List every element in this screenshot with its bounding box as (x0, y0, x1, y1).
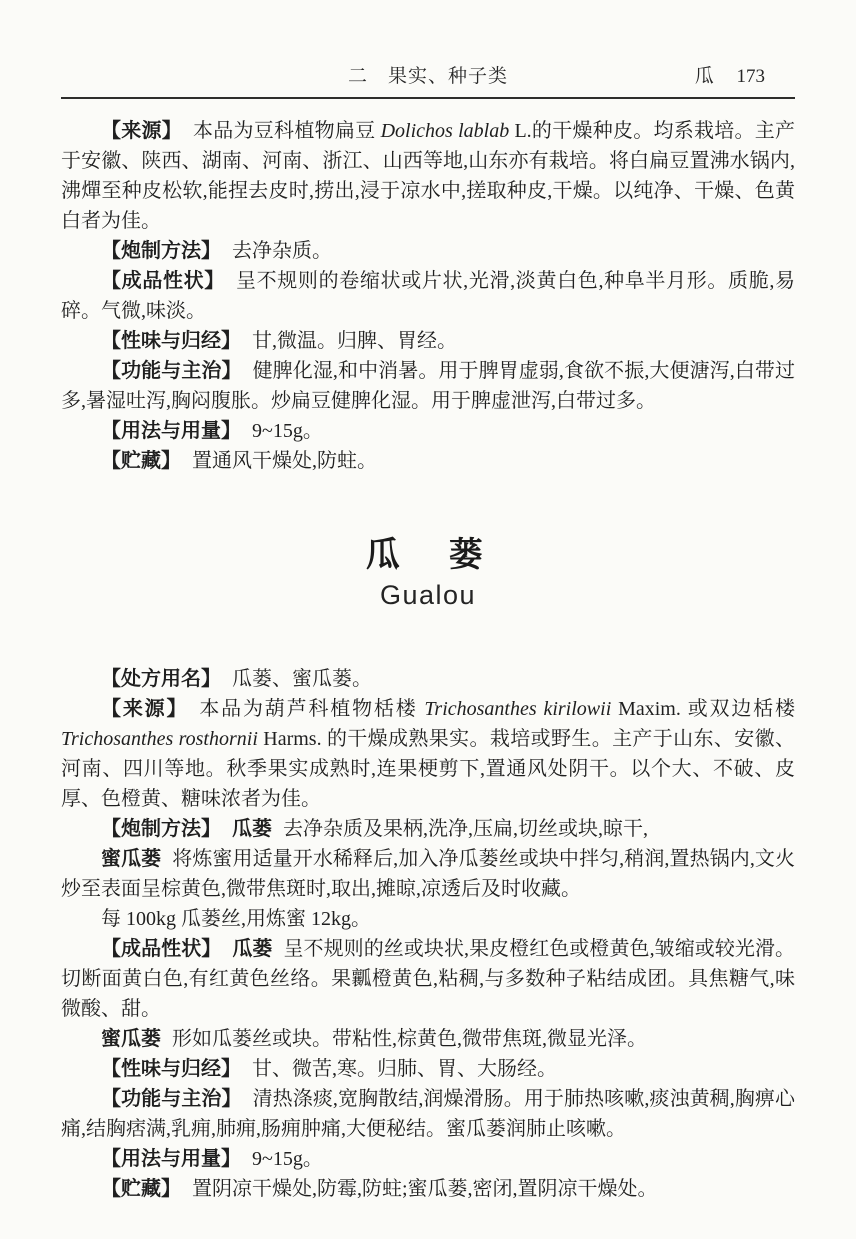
text-run: 本品为葫芦科植物栝楼 (199, 698, 424, 720)
page-header: 二 果实、种子类 瓜 173 (61, 64, 795, 90)
section-label: 【成品性状】 (101, 938, 221, 960)
entry-title-gualou: 瓜 蒌 (61, 532, 795, 578)
page-header-right: 瓜 173 (695, 64, 795, 90)
text-run: 去净杂质及果柄,洗净,压扁,切丝或块,晾干, (283, 818, 648, 840)
paragraph: 【成品性状】瓜蒌呈不规则的丝或块状,果皮橙红色或橙黄色,皱缩或较光滑。切断面黄白… (61, 934, 795, 1024)
entry-biandouyi-paragraphs: 【来源】本品为豆科植物扁豆 Dolichos lablab L.的干燥种皮。均系… (61, 116, 795, 476)
section-label: 【炮制方法】 (101, 818, 221, 840)
section-label: 【功能与主治】 (101, 1088, 242, 1110)
paragraph: 【来源】本品为葫芦科植物栝楼 Trichosanthes kirilowii M… (61, 694, 795, 814)
header-rule (61, 97, 795, 99)
page-number: 173 (737, 66, 766, 87)
paragraph: 【来源】本品为豆科植物扁豆 Dolichos lablab L.的干燥种皮。均系… (61, 116, 795, 236)
paragraph: 【用法与用量】9~15g。 (61, 1144, 795, 1174)
subhead-bold: 蜜瓜蒌 (101, 848, 161, 870)
section-label: 【用法与用量】 (101, 1148, 241, 1170)
text-run: 去净杂质。 (232, 240, 332, 262)
text-run: 9~15g。 (252, 1148, 323, 1170)
paragraph: 【用法与用量】9~15g。 (61, 416, 795, 446)
section-heading: 二 果实、种子类 (61, 64, 795, 90)
paragraph: 【贮藏】置通风干燥处,防蛀。 (61, 446, 795, 476)
text-run: 甘,微温。归脾、胃经。 (252, 330, 457, 352)
paragraph: 【成品性状】呈不规则的卷缩状或片状,光滑,淡黄白色,种阜半月形。质脆,易碎。气微… (61, 266, 795, 326)
section-label: 【成品性状】 (101, 270, 225, 292)
paragraph: 【性味与归经】甘、微苦,寒。归肺、胃、大肠经。 (61, 1054, 795, 1084)
paragraph: 【贮藏】置阴凉干燥处,防霉,防蛀;蜜瓜蒌,密闭,置阴凉干燥处。 (61, 1174, 795, 1204)
paragraph: 【处方用名】瓜蒌、蜜瓜蒌。 (61, 664, 795, 694)
paragraph: 【炮制方法】瓜蒌去净杂质及果柄,洗净,压扁,切丝或块,晾干, (61, 814, 795, 844)
paragraph: 每 100kg 瓜蒌丝,用炼蜜 12kg。 (61, 904, 795, 934)
entry-gualou-paragraphs: 【处方用名】瓜蒌、蜜瓜蒌。【来源】本品为葫芦科植物栝楼 Trichosanthe… (61, 664, 795, 1204)
latin-binomial: Dolichos lablab (381, 120, 510, 142)
section-label: 【来源】 (101, 698, 188, 720)
section-label: 【性味与归经】 (101, 330, 241, 352)
text-run: 甘、微苦,寒。归肺、胃、大肠经。 (252, 1058, 557, 1080)
text-run: Maxim. 或双边栝楼 (611, 698, 795, 720)
section-label: 【炮制方法】 (101, 240, 221, 262)
section-label: 【功能与主治】 (101, 360, 242, 382)
section-label: 【处方用名】 (101, 668, 221, 690)
paragraph: 【炮制方法】去净杂质。 (61, 236, 795, 266)
text-run: 形如瓜蒌丝或块。带粘性,棕黄色,微带焦斑,微显光泽。 (172, 1028, 647, 1050)
latin-binomial: Trichosanthes kirilowii (424, 698, 611, 720)
section-label: 【贮藏】 (101, 450, 181, 472)
paragraph: 【功能与主治】清热涤痰,宽胸散结,润燥滑肠。用于肺热咳嗽,痰浊黄稠,胸痹心痛,结… (61, 1084, 795, 1144)
subhead-bold: 瓜蒌 (232, 818, 272, 840)
text-run: 将炼蜜用适量开水稀释后,加入净瓜蒌丝或块中拌匀,稍润,置热锅内,文火炒至表面呈棕… (61, 848, 795, 900)
section-label: 【贮藏】 (101, 1178, 181, 1200)
page-content: 二 果实、种子类 瓜 173 【来源】本品为豆科植物扁豆 Dolichos la… (0, 0, 856, 1204)
text-run: 9~15g。 (252, 420, 323, 442)
paragraph: 【性味与归经】甘,微温。归脾、胃经。 (61, 326, 795, 356)
text-run: 本品为豆科植物扁豆 (193, 120, 381, 142)
text-run: 瓜蒌、蜜瓜蒌。 (232, 668, 372, 690)
section-label: 【来源】 (101, 120, 182, 142)
entry-pinyin-gualou: Gualou (61, 578, 795, 612)
paragraph: 蜜瓜蒌将炼蜜用适量开水稀释后,加入净瓜蒌丝或块中拌匀,稍润,置热锅内,文火炒至表… (61, 844, 795, 904)
latin-binomial: Trichosanthes rosthornii (61, 728, 258, 750)
text-run: 置通风干燥处,防蛀。 (192, 450, 377, 472)
paragraph: 蜜瓜蒌形如瓜蒌丝或块。带粘性,棕黄色,微带焦斑,微显光泽。 (61, 1024, 795, 1054)
book-page: 二 果实、种子类 瓜 173 【来源】本品为豆科植物扁豆 Dolichos la… (0, 0, 856, 1239)
section-label: 【性味与归经】 (101, 1058, 241, 1080)
subhead-bold: 瓜蒌 (232, 938, 272, 960)
subhead-bold: 蜜瓜蒌 (101, 1028, 161, 1050)
section-label: 【用法与用量】 (101, 420, 241, 442)
text-run: 每 100kg 瓜蒌丝,用炼蜜 12kg。 (101, 908, 371, 930)
running-head: 瓜 (695, 66, 714, 87)
text-run: 置阴凉干燥处,防霉,防蛀;蜜瓜蒌,密闭,置阴凉干燥处。 (192, 1178, 658, 1200)
paragraph: 【功能与主治】健脾化湿,和中消暑。用于脾胃虚弱,食欲不振,大便溏泻,白带过多,暑… (61, 356, 795, 416)
